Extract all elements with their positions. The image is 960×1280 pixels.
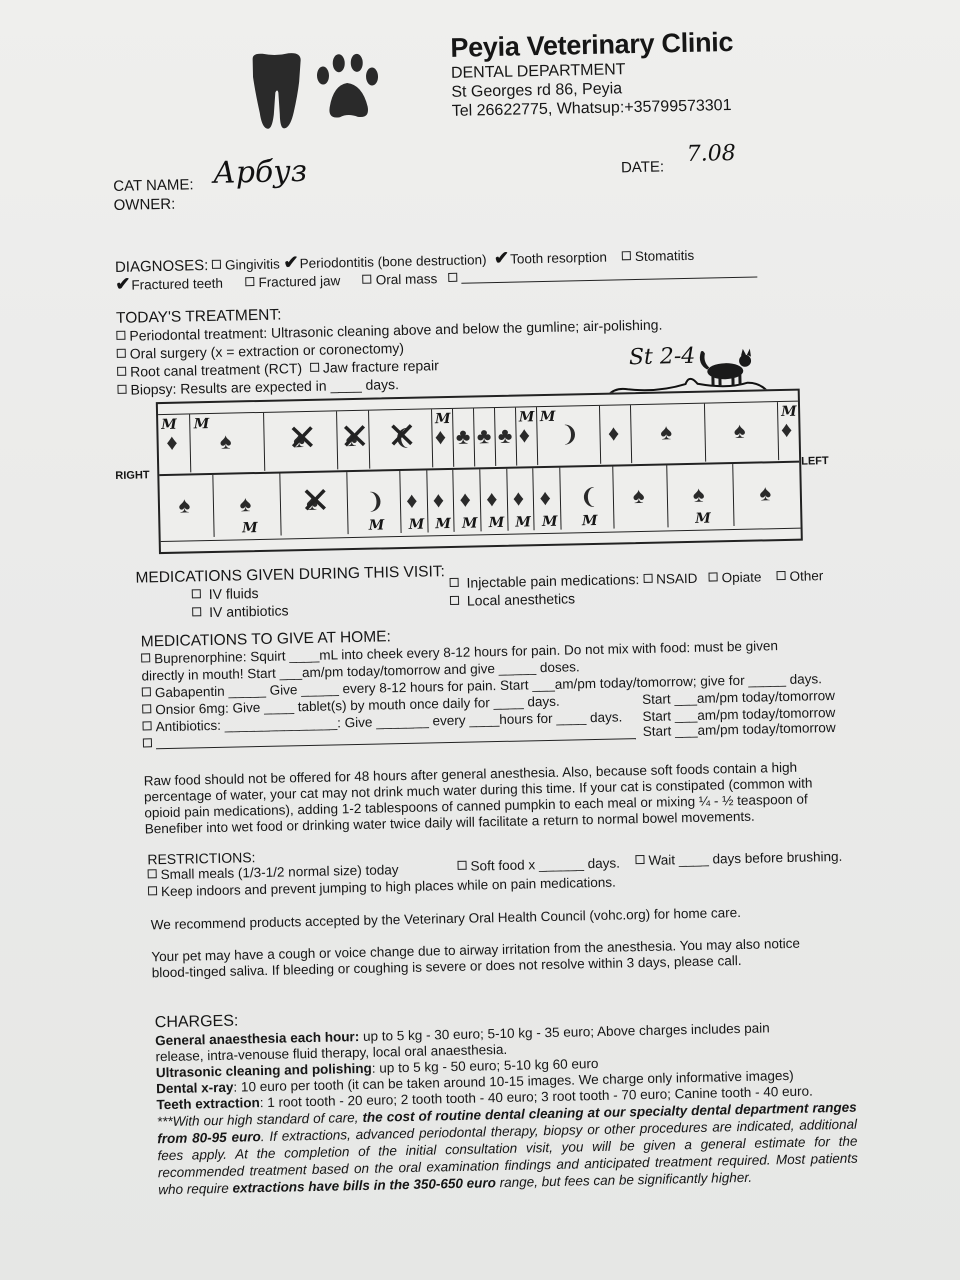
tooth-icon: ♦ — [519, 422, 531, 448]
tooth-cell[interactable]: ♠ — [733, 463, 802, 526]
tooth-cell[interactable]: ♣ — [452, 408, 475, 466]
med-local-anesthetics: Local anesthetics — [450, 590, 575, 609]
checkbox[interactable] — [142, 704, 151, 713]
mobility-mark: M — [695, 511, 711, 527]
tooth-cell[interactable]: ♦M — [453, 469, 482, 532]
mobility-mark: M — [242, 520, 258, 536]
mobility-mark: M — [369, 517, 385, 533]
tooth-cell[interactable]: ♦M — [399, 470, 428, 533]
tooth-icon: ♦ — [486, 486, 498, 512]
date-label: DATE: — [621, 158, 664, 176]
option-opiate: Opiate — [722, 569, 762, 585]
tooth-icon: ♠ — [239, 491, 251, 517]
tooth-cell[interactable]: ♠ — [704, 402, 780, 462]
checkbox[interactable] — [148, 886, 157, 895]
checkbox[interactable] — [141, 653, 150, 662]
tooth-icon: ♦ — [513, 485, 525, 511]
clinic-header: Peyia Veterinary Clinic DENTAL DEPARTMEN… — [450, 27, 735, 121]
tooth-cell[interactable]: ♠✕ — [263, 411, 339, 471]
tooth-cell[interactable]: ♠✕ — [336, 411, 370, 470]
mobility-mark: M — [519, 409, 535, 425]
checkbox[interactable] — [148, 869, 157, 878]
checkbox[interactable] — [117, 367, 126, 376]
checkbox-other-diagnosis[interactable] — [448, 273, 457, 282]
mobility-mark: M — [409, 517, 425, 533]
tooth-icon: ♠ — [734, 418, 746, 444]
cat-name-label: CAT NAME: — [113, 176, 194, 195]
tooth-cell[interactable]: ♦ — [599, 405, 633, 464]
option-nsaid: NSAID — [656, 571, 698, 587]
checkbox[interactable] — [635, 855, 644, 864]
checkbox[interactable] — [143, 738, 152, 747]
checkbox[interactable] — [450, 596, 459, 605]
checkbox[interactable] — [310, 363, 319, 372]
mobility-mark: M — [582, 513, 598, 529]
med-iv-antibiotics: IV antibiotics — [192, 602, 289, 620]
charges-section: CHARGES: General anaesthesia each hour: … — [155, 1001, 859, 1199]
diagnosis-fractured-teeth: Fractured teeth — [131, 276, 223, 293]
chart-left-label: LEFT — [801, 455, 829, 468]
tooth-icon: ♣ — [477, 423, 492, 449]
mobility-mark: M — [161, 417, 177, 433]
tooth-cell[interactable]: ❩M — [536, 406, 601, 465]
extraction-mark-icon: ✕ — [386, 415, 417, 458]
tooth-cell[interactable]: ♦M — [426, 470, 455, 533]
tooth-cell[interactable]: ♦M — [506, 468, 535, 531]
mobility-mark: M — [194, 416, 210, 432]
tooth-cell[interactable]: ♦M — [479, 469, 508, 532]
tooth-cell[interactable]: ♦M — [533, 468, 562, 531]
tooth-icon: ♠ — [693, 482, 705, 508]
mobility-mark: M — [542, 514, 558, 530]
tooth-icon: ♣ — [456, 424, 471, 450]
checkmark-icon[interactable]: ✔ — [115, 274, 131, 294]
checkbox-nsaid[interactable] — [643, 574, 652, 583]
extraction-mark-icon: ✕ — [287, 417, 318, 460]
checkbox[interactable] — [142, 721, 151, 730]
tooth-icon: ❩ — [366, 488, 385, 514]
tooth-cell[interactable]: ♦M — [158, 414, 191, 473]
tooth-icon: ♦ — [459, 487, 471, 513]
other-diagnosis-field[interactable] — [461, 264, 757, 283]
checkbox[interactable] — [192, 589, 201, 598]
checkbox-other[interactable] — [776, 571, 785, 580]
med-label: IV antibiotics — [209, 602, 289, 620]
tooth-icon: ❨ — [579, 484, 598, 510]
extraction-mark-icon: ✕ — [300, 479, 331, 522]
diagnosis-oral-mass: Oral mass — [376, 271, 438, 287]
tooth-cell[interactable]: ♠ — [630, 404, 706, 464]
tooth-cell[interactable]: ♦M — [431, 409, 454, 467]
chart-right-label: RIGHT — [115, 469, 149, 482]
tooth-cell[interactable]: ♠M — [190, 413, 266, 473]
option-other: Other — [789, 568, 823, 584]
tooth-cell[interactable]: ❨✕ — [368, 409, 433, 468]
tooth-icon: ♦ — [608, 420, 620, 446]
tooth-icon: ♦ — [433, 487, 445, 513]
charges-disclaimer: ***With our high standard of care, the c… — [157, 1099, 859, 1199]
checkbox[interactable] — [117, 385, 126, 394]
med-label: Local anesthetics — [467, 590, 575, 608]
tooth-icon: ♦ — [406, 488, 418, 514]
checkbox-oral-mass[interactable] — [363, 275, 372, 284]
checkbox[interactable] — [142, 687, 151, 696]
cat-name-value: Арбуз — [213, 154, 308, 191]
tooth-cell[interactable]: ♣ — [494, 408, 517, 466]
checkbox[interactable] — [192, 607, 201, 616]
tooth-icon: ♣ — [498, 423, 513, 449]
checkbox-gingivitis[interactable] — [212, 260, 221, 269]
tooth-icon: ♠ — [220, 429, 232, 455]
checkbox[interactable] — [117, 349, 126, 358]
tooth-icon: ❩ — [560, 421, 579, 447]
tooth-cell[interactable]: ❨M — [559, 467, 615, 530]
clinic-name: Peyia Veterinary Clinic — [450, 27, 733, 64]
tooth-cell[interactable]: ♣ — [473, 408, 496, 466]
tooth-icon — [253, 53, 303, 129]
mobility-mark: M — [515, 514, 531, 530]
tooth-icon: ♠ — [633, 483, 645, 509]
tooth-cell[interactable]: ❩M — [346, 471, 402, 534]
tooth-cell[interactable]: ♠M — [213, 474, 282, 537]
clinic-logo — [251, 50, 393, 133]
checkbox-opiate[interactable] — [709, 572, 718, 581]
extraction-mark-icon: ✕ — [339, 416, 370, 459]
owner-label: OWNER: — [113, 196, 175, 214]
treatment-label-text: Jaw fracture repair — [323, 357, 439, 375]
charge-title: Dental x-ray — [156, 1080, 234, 1097]
tooth-cell[interactable]: ♠M — [666, 464, 735, 527]
checkbox-fractured-jaw[interactable] — [245, 277, 254, 286]
tooth-icon: ♠ — [178, 492, 190, 518]
tooth-icon: ♠ — [660, 419, 672, 445]
med-label: IV fluids — [209, 585, 259, 602]
mobility-mark: M — [435, 516, 451, 532]
tooth-cell[interactable]: ♦M — [515, 407, 538, 465]
med-iv-fluids: IV fluids — [192, 585, 259, 602]
diagnosis-fractured-jaw: Fractured jaw — [258, 273, 340, 290]
tooth-cell[interactable]: ♦M — [777, 402, 800, 460]
restriction-text: Soft food x ______ days. — [470, 856, 620, 874]
checkbox[interactable] — [457, 861, 466, 870]
mobility-mark: M — [540, 409, 556, 425]
mobility-mark: M — [462, 515, 478, 531]
tooth-icon: ♠ — [759, 480, 771, 506]
charge-title: Teeth extraction — [156, 1095, 260, 1112]
disclaimer-text: ***With our high standard of care, — [157, 1110, 363, 1129]
tooth-icon: ♦ — [166, 430, 178, 456]
checkbox[interactable] — [116, 331, 125, 340]
tooth-icon: ♦ — [781, 417, 793, 443]
dental-chart[interactable]: ♦M♠M♠✕♠✕❨✕♦M♣♣♣♦M❩M♦♠♠♦M♠♠M♠✕❩M♦M♦M♦M♦M♦… — [156, 389, 803, 554]
mobility-mark: M — [435, 411, 451, 427]
paw-icon — [317, 53, 379, 118]
date-value: 7.08 — [686, 141, 735, 167]
checkbox-stomatitis[interactable] — [622, 251, 631, 260]
tooth-cell[interactable]: ♠ — [159, 475, 214, 538]
mobility-mark: M — [489, 515, 505, 531]
tooth-icon: ♦ — [435, 424, 447, 450]
tooth-cell[interactable]: ♠ — [613, 465, 669, 528]
mobility-mark: M — [781, 404, 797, 420]
tooth-icon: ♦ — [539, 485, 551, 511]
tooth-cell[interactable]: ♠✕ — [279, 472, 348, 535]
checkbox[interactable] — [450, 578, 459, 587]
